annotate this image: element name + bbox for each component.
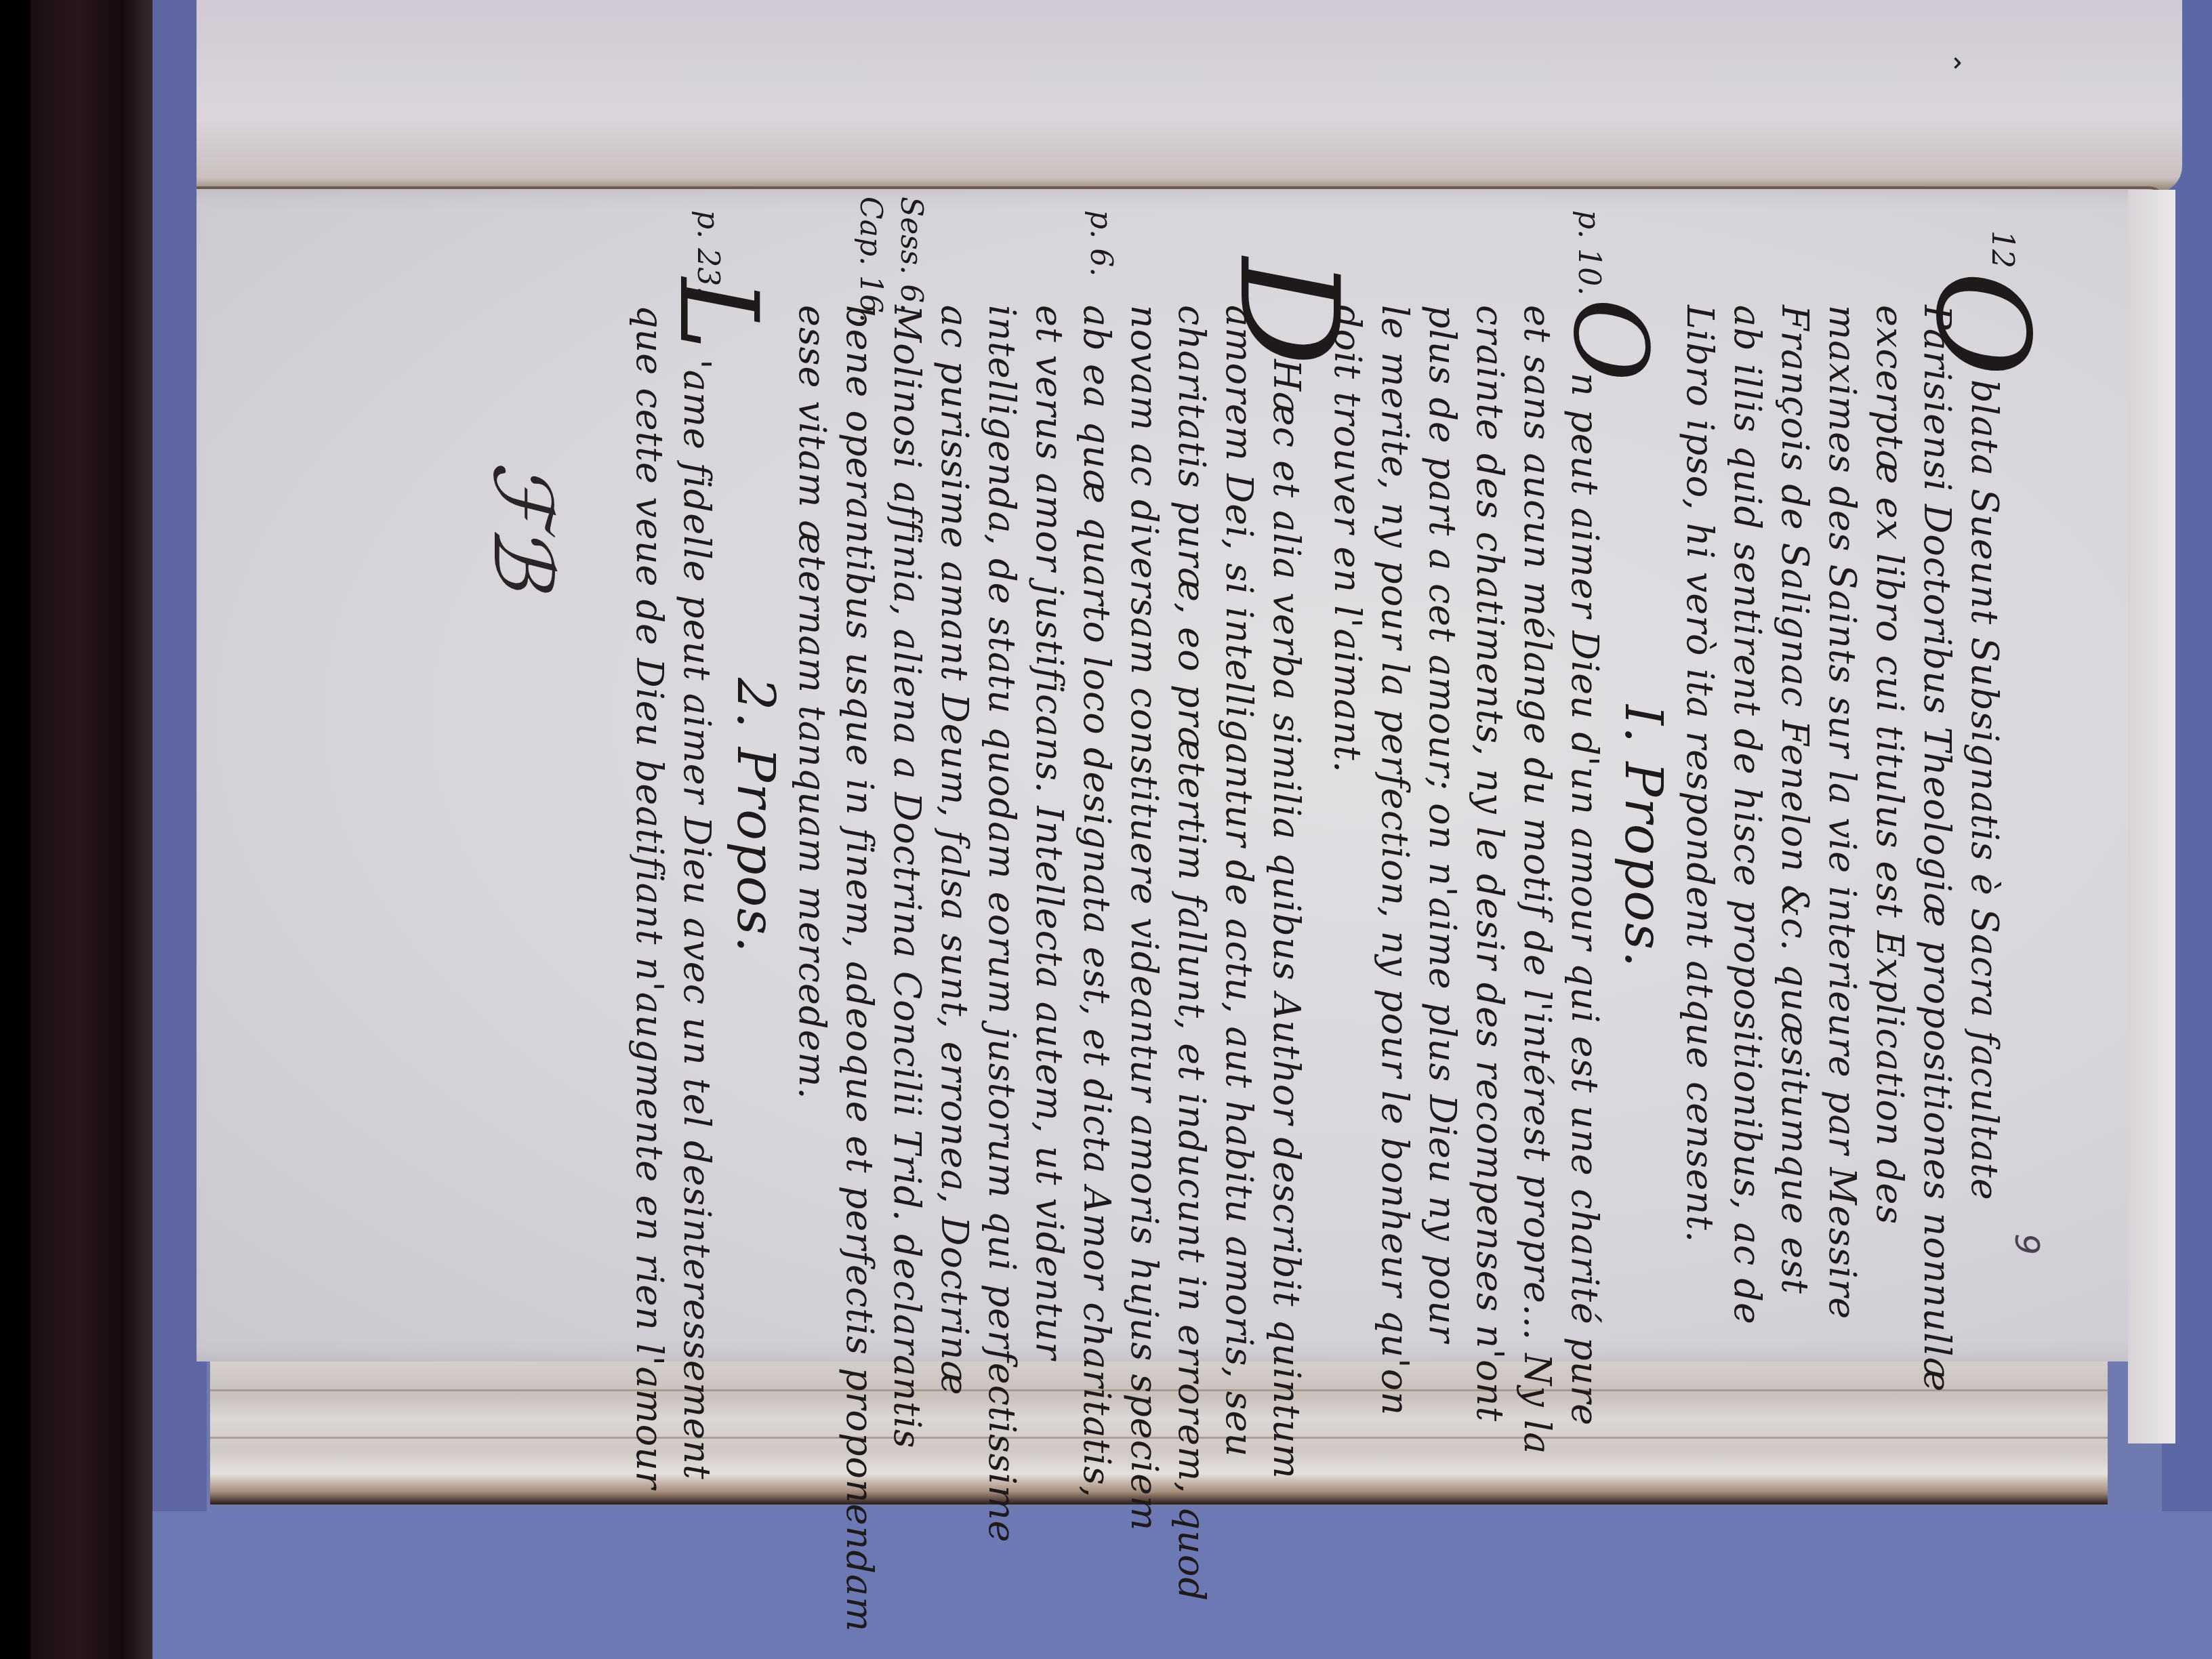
text-line: Parisiensi Doctoribus Theologiæ proposit… xyxy=(1916,305,1959,1392)
text-line: maximes des Saints sur la vie interieure… xyxy=(1821,305,1864,1319)
page-number: 12 xyxy=(1985,230,2020,268)
margin-reference: p. 10. xyxy=(1572,210,1606,295)
margin-reference: Cap. 16. xyxy=(853,197,888,323)
text-line: charitatis puræ, eo prætertim fallunt, e… xyxy=(1170,305,1213,1601)
text-line: n peut aimer Dieu d'un amour qui est une… xyxy=(1563,373,1606,1426)
text-line: que cette veue de Dieu beatifiant n'augm… xyxy=(628,305,671,1490)
section-heading-propos-2: 2. Propos. xyxy=(726,678,786,954)
text-line: excerptæ ex libro cui titulus est Explic… xyxy=(1868,305,1911,1225)
leaf-mark: ⌃ xyxy=(1934,52,1965,75)
section-heading-propos-1: I. Propos. xyxy=(1614,705,1674,968)
text-line: le merite, ny pour la perfection, ny pou… xyxy=(1374,305,1416,1416)
text-line: blata Sueunt Subsignatis è Sacra faculta… xyxy=(1963,380,2006,1201)
text-line: Libro ipso, hi verò ita respondent atque… xyxy=(1679,305,1721,1243)
text-line: et verus amor justificans. Intellecta au… xyxy=(1028,305,1071,1360)
text-line: novam ac diversam constituere videantur … xyxy=(1123,305,1166,1531)
text-line: ab ea quæ quarto loco designata est, et … xyxy=(1076,305,1118,1498)
text-line: plus de part a cet amour; on n'aime plus… xyxy=(1421,305,1464,1343)
text-line: et sans aucun mélange du motif de l'inté… xyxy=(1516,305,1559,1454)
manuscript-text: 12 9 O blata Sueunt Subsignatis è Sacra … xyxy=(413,285,2006,1477)
book-binding-spine xyxy=(30,0,152,1659)
text-line: 'ame fidelle peut aimer Dieu avec un tel… xyxy=(676,359,718,1480)
text-line: ac purissime amant Deum, falsa sunt, err… xyxy=(933,305,976,1395)
margin-reference: p. 6. xyxy=(1084,210,1118,276)
text-line: ab illis quid sentirent de hisce proposi… xyxy=(1726,305,1769,1325)
text-line: bene operantibus usque in finem, adeoque… xyxy=(838,305,881,1632)
page-fore-edge xyxy=(2128,190,2175,1443)
text-line: François de Salignac Fenelon &c. quæsitu… xyxy=(1774,305,1816,1294)
margin-reference: Sess. 6. xyxy=(894,197,928,312)
text-line: intelligenda, de statu quodam eorum just… xyxy=(981,305,1023,1543)
text-line: amorem Dei, si intelligantur de actu, au… xyxy=(1218,305,1261,1457)
text-line: Molinosi affinia, aliena a Doctrina Conc… xyxy=(886,305,928,1449)
decorated-initial-L: L xyxy=(664,278,773,350)
decorated-initial-O: O xyxy=(1559,298,1660,382)
photo-border xyxy=(0,0,30,1659)
signature-flourish: ℱℬ xyxy=(475,461,569,589)
previous-leaf: ⌃ xyxy=(197,0,2182,193)
text-line: esse vitam æternam tanquam mercedem. xyxy=(791,305,834,1100)
text-line: crainte des chatiments, ny le desir des … xyxy=(1469,305,1511,1422)
text-line: doit trouver en l'aimant. xyxy=(1326,305,1369,773)
pencil-folio-number: 9 xyxy=(2007,1233,2047,1255)
text-line: Hæc et alia verba similia quibus Author … xyxy=(1265,359,1308,1479)
